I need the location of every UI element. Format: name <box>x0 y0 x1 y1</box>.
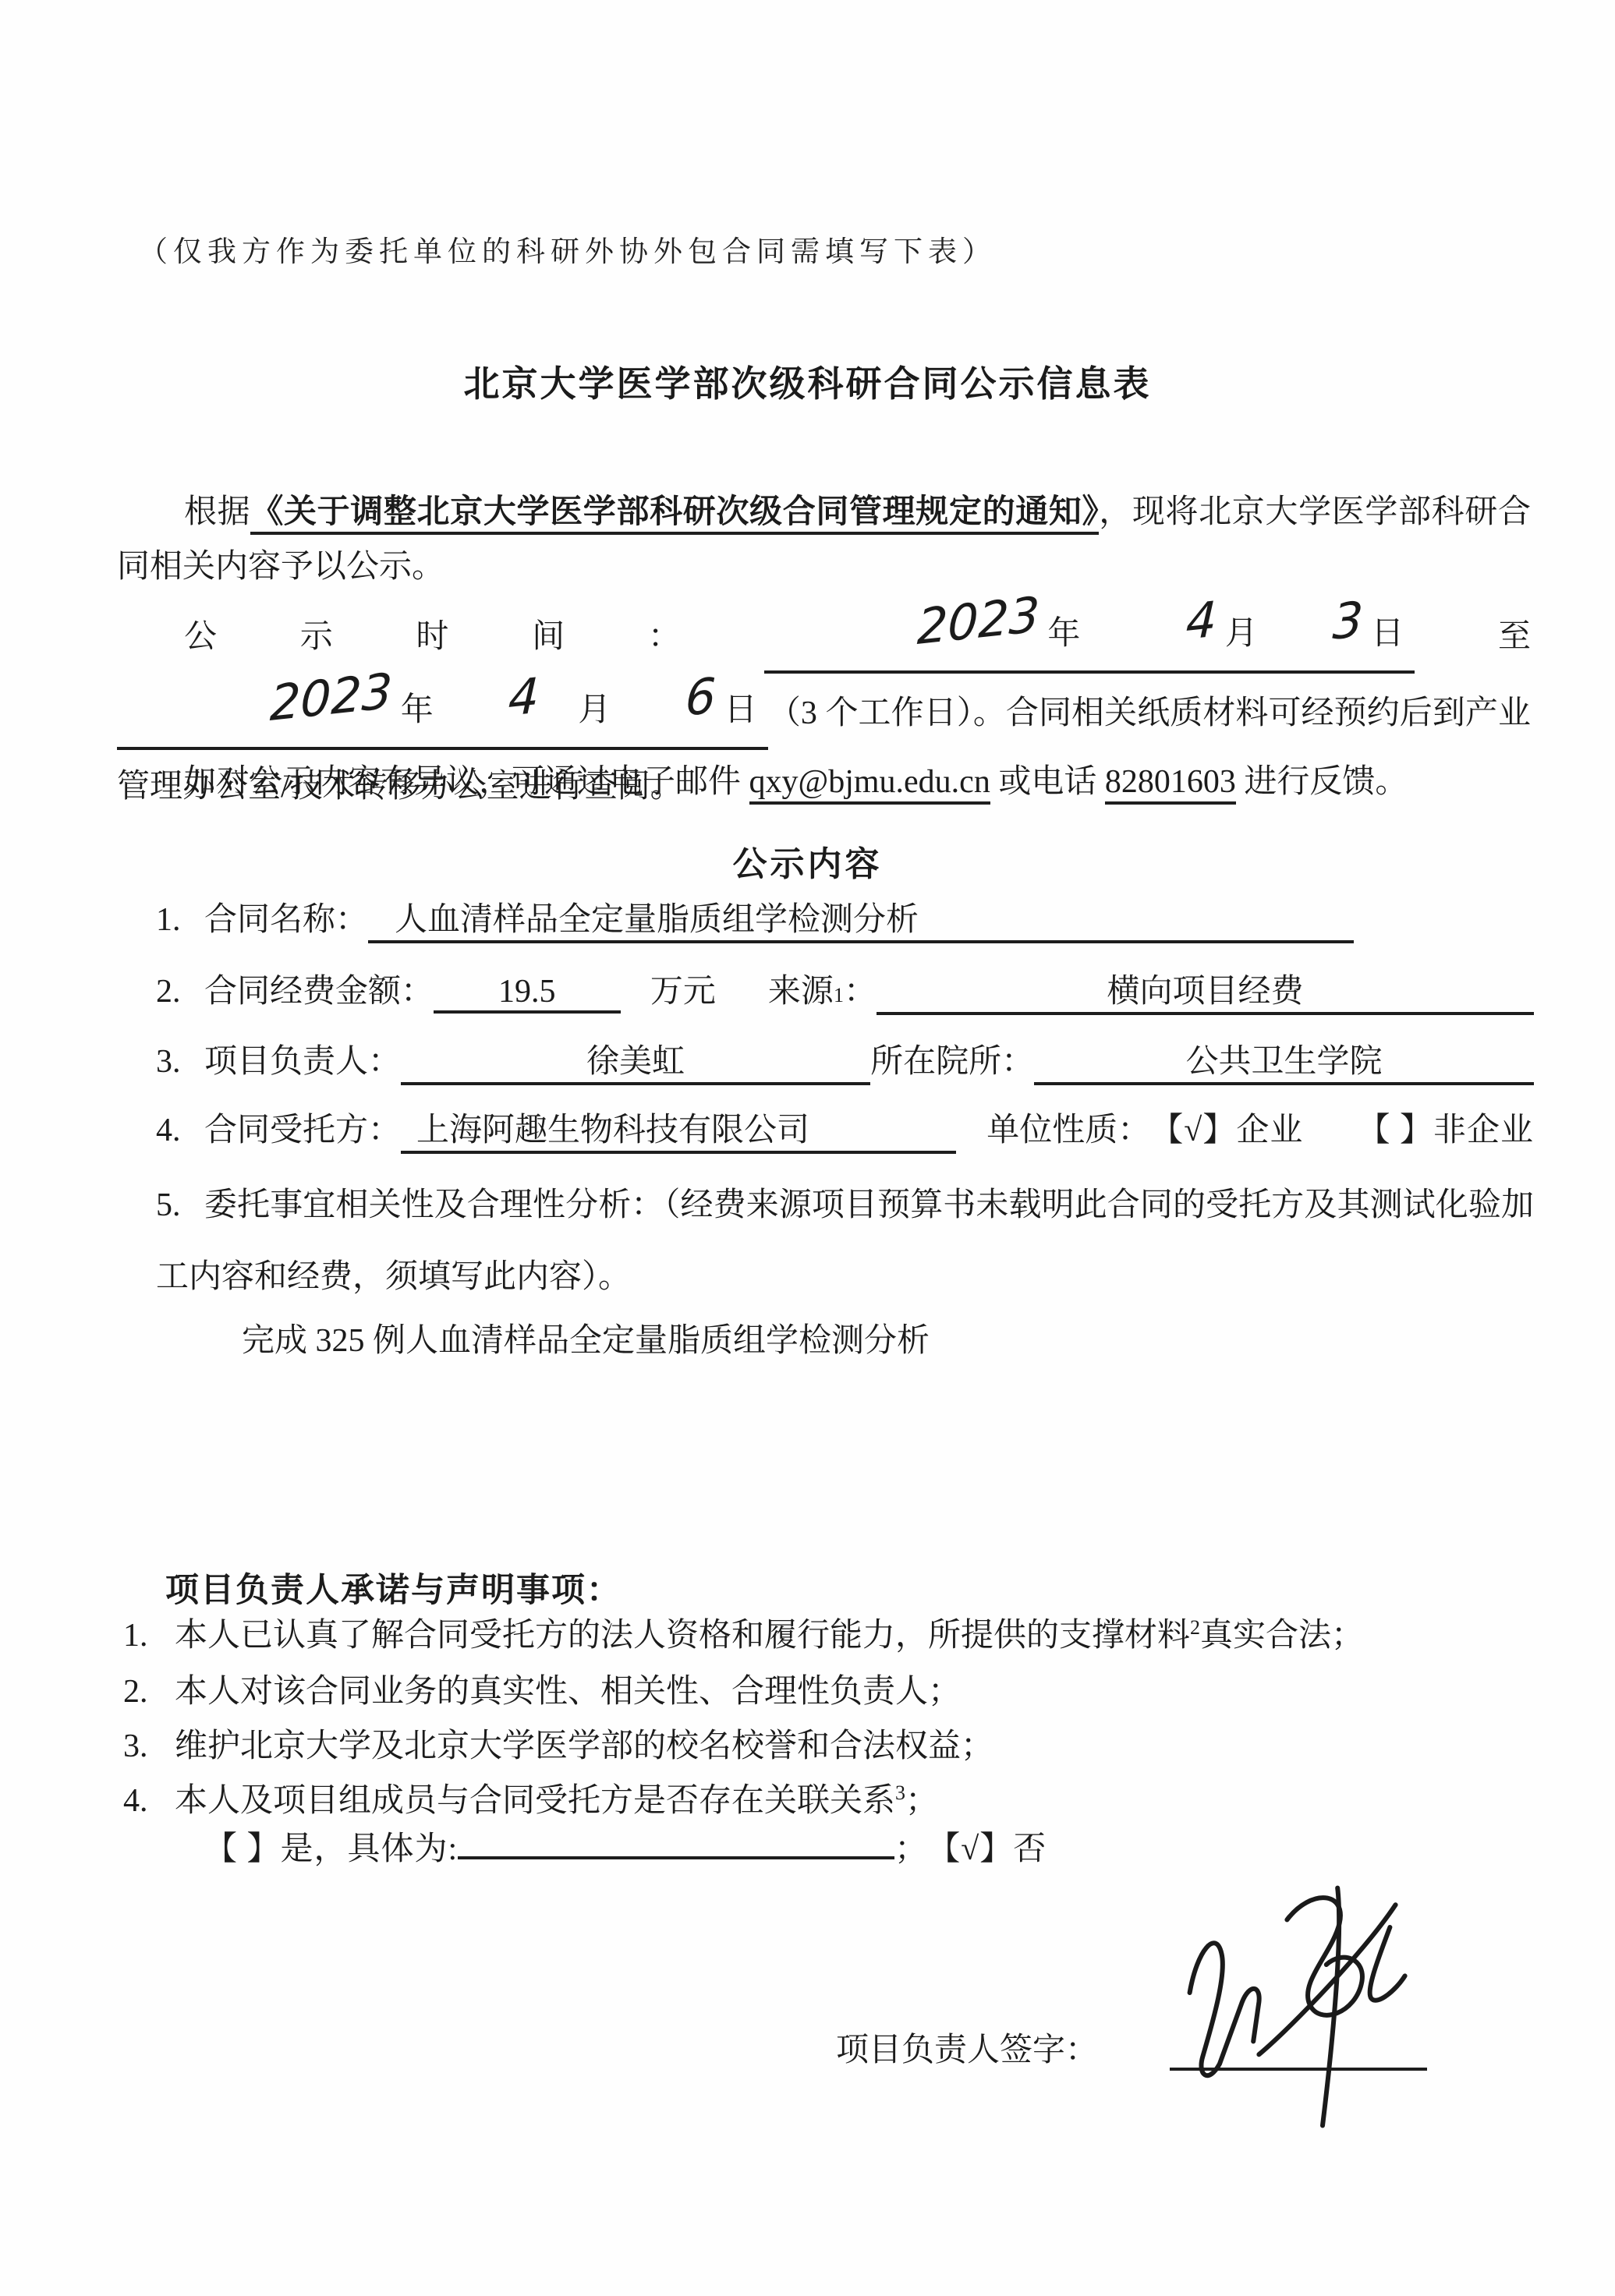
contractor-row: 4. 合同受托方： 上海阿趣生物科技有限公司 单位性质： 【√】企业 【 】非企… <box>156 1104 1534 1154</box>
year-unit-2: 年 <box>401 692 434 728</box>
declaration-item: 1. 本人已认真了解合同受托方的法人资格和履行能力，所提供的支撑材料2真实合法； <box>123 1609 1534 1656</box>
item-number: 1. <box>156 901 204 939</box>
scanned-form-page: （仅我方作为委托单位的科研外协外包合同需填写下表） 北京大学医学部次级科研合同公… <box>0 0 1615 2296</box>
checkbox-related-no-checked[interactable]: 【√】否 <box>927 1823 1047 1870</box>
end-date-field[interactable]: 2023年4月6日 <box>117 674 768 750</box>
handwritten-start-day: 3 <box>1258 618 1371 630</box>
checkbox-non-enterprise[interactable]: 【 】非企业 <box>1358 1104 1535 1151</box>
feedback-before: 如对公示内容有异议，可通过电子邮件 <box>184 764 749 800</box>
funding-source-field[interactable]: 横向项目经费 <box>877 965 1534 1015</box>
institute-label: 所在院所： <box>870 1035 1034 1082</box>
declaration-text: 本人对该合同业务的真实性、相关性、合理性负责人； <box>175 1665 961 1712</box>
item-number: 3. <box>123 1728 175 1765</box>
institute-field[interactable]: 公共卫生学院 <box>1034 1035 1534 1085</box>
signature-label: 项目负责人签字： <box>836 2024 1098 2071</box>
footnote-ref-2: 2 <box>1190 1616 1200 1639</box>
phone-text: 82801603 <box>1105 764 1236 805</box>
regulation-doc-title: 《关于调整北京大学医学部科研次级合同管理规定的通知》 <box>250 494 1099 535</box>
declaration-item: 2. 本人对该合同业务的真实性、相关性、合理性负责人； <box>123 1665 1534 1712</box>
item-number: 2. <box>156 973 204 1010</box>
feedback-between: 或电话 <box>990 764 1105 800</box>
contractor-field[interactable]: 上海阿趣生物科技有限公司 <box>401 1104 956 1154</box>
project-leader-field[interactable]: 徐美虹 <box>401 1035 870 1085</box>
funding-amount-field[interactable]: 19.5 <box>434 973 621 1014</box>
month-unit: 月 <box>1225 616 1258 652</box>
contract-name-row: 1. 合同名称： 人血清样品全定量脂质组学检测分析 <box>156 893 1534 943</box>
feedback-after: 进行反馈。 <box>1236 764 1408 800</box>
publicity-time-label: 公示时间： <box>184 619 764 655</box>
project-leader-label: 项目负责人： <box>204 1035 401 1082</box>
day-unit-2: 日 <box>724 692 757 728</box>
contract-name-label: 合同名称： <box>204 893 368 940</box>
declaration-text: 本人及项目组成员与合同受托方是否存在关联关系3； <box>175 1774 938 1821</box>
start-date-field[interactable]: 2023年4月3日 <box>764 597 1415 674</box>
related-separator: ； <box>894 1823 927 1870</box>
month-unit-2: 月 <box>578 692 611 728</box>
related-party-line: 【 】是，具体为: ； 【√】否 <box>204 1823 1047 1870</box>
intro-paragraph: 根据《关于调整北京大学医学部科研次级合同管理规定的通知》，现将北京大学医学部科研… <box>117 485 1531 594</box>
declaration-heading: 项目负责人承诺与声明事项： <box>165 1564 622 1611</box>
analysis-text: 委托事宜相关性及合理性分析：（经费来源项目预算书未载明此合同的受托方及其测试化验… <box>156 1187 1534 1295</box>
declaration-item: 4. 本人及项目组成员与合同受托方是否存在关联关系3； <box>123 1774 1534 1821</box>
contract-funding-row: 2. 合同经费金额： 19.5 万元 来源1： 横向项目经费 <box>156 965 1534 1015</box>
handwritten-end-year: 2023 <box>196 690 400 712</box>
item-number: 3. <box>156 1043 204 1081</box>
declaration-item: 3. 维护北京大学及北京大学医学部的校名校誉和合法权益； <box>123 1720 1534 1767</box>
item-number: 1. <box>123 1617 175 1654</box>
project-leader-row: 3. 项目负责人： 徐美虹 所在院所： 公共卫生学院 <box>156 1035 1534 1085</box>
feedback-paragraph: 如对公示内容有异议，可通过电子邮件 qxy@bjmu.edu.cn 或电话 82… <box>117 755 1531 809</box>
handwritten-end-day: 6 <box>611 695 724 706</box>
content-heading: 公示内容 <box>0 836 1615 886</box>
handwritten-end-month: 4 <box>434 695 547 706</box>
footnote-ref-3: 3 <box>895 1781 905 1804</box>
checkbox-related-yes[interactable]: 【 】是，具体为: <box>204 1823 458 1870</box>
signature-handwriting <box>1139 1871 1450 2152</box>
handwritten-start-month: 4 <box>1112 618 1225 630</box>
analysis-row: 5. 委托事宜相关性及合理性分析：（经费来源项目预算书未载明此合同的受托方及其测… <box>156 1169 1534 1313</box>
item-number: 2. <box>123 1673 175 1711</box>
contract-name-field[interactable]: 人血清样品全定量脂质组学检测分析 <box>368 893 1354 943</box>
item-number: 5. <box>156 1169 204 1241</box>
item-number: 4. <box>123 1782 175 1820</box>
header-note: （仅我方作为委托单位的科研外协外包合同需填写下表） <box>139 228 997 270</box>
email-text: qxy@bjmu.edu.cn <box>749 764 990 805</box>
entity-nature-label: 单位性质： <box>986 1104 1150 1151</box>
year-unit: 年 <box>1047 616 1080 652</box>
contractor-label: 合同受托方： <box>204 1104 401 1151</box>
related-details-field[interactable] <box>458 1856 894 1859</box>
to-text: 至 <box>1415 619 1531 655</box>
intro-before: 根据 <box>184 494 250 530</box>
declaration-text: 维护北京大学及北京大学医学部的校名校誉和合法权益； <box>175 1720 993 1767</box>
funding-amount-label: 合同经费金额： <box>204 965 434 1012</box>
declaration-text: 本人已认真了解合同受托方的法人资格和履行能力，所提供的支撑材料2真实合法； <box>175 1609 1364 1656</box>
day-unit: 日 <box>1371 616 1404 652</box>
funding-source-colon: ： <box>844 965 877 1012</box>
checkbox-enterprise-checked[interactable]: 【√】企业 <box>1150 1104 1303 1151</box>
funding-source-label: 来源 <box>768 965 834 1012</box>
handwritten-start-year: 2023 <box>842 614 1047 635</box>
item-number: 4. <box>156 1112 204 1149</box>
funding-unit: 万元 <box>650 965 716 1012</box>
completion-note: 完成 325 例人血清样品全定量脂质组学检测分析 <box>242 1314 930 1361</box>
page-title: 北京大学医学部次级科研合同公示信息表 <box>0 356 1615 407</box>
